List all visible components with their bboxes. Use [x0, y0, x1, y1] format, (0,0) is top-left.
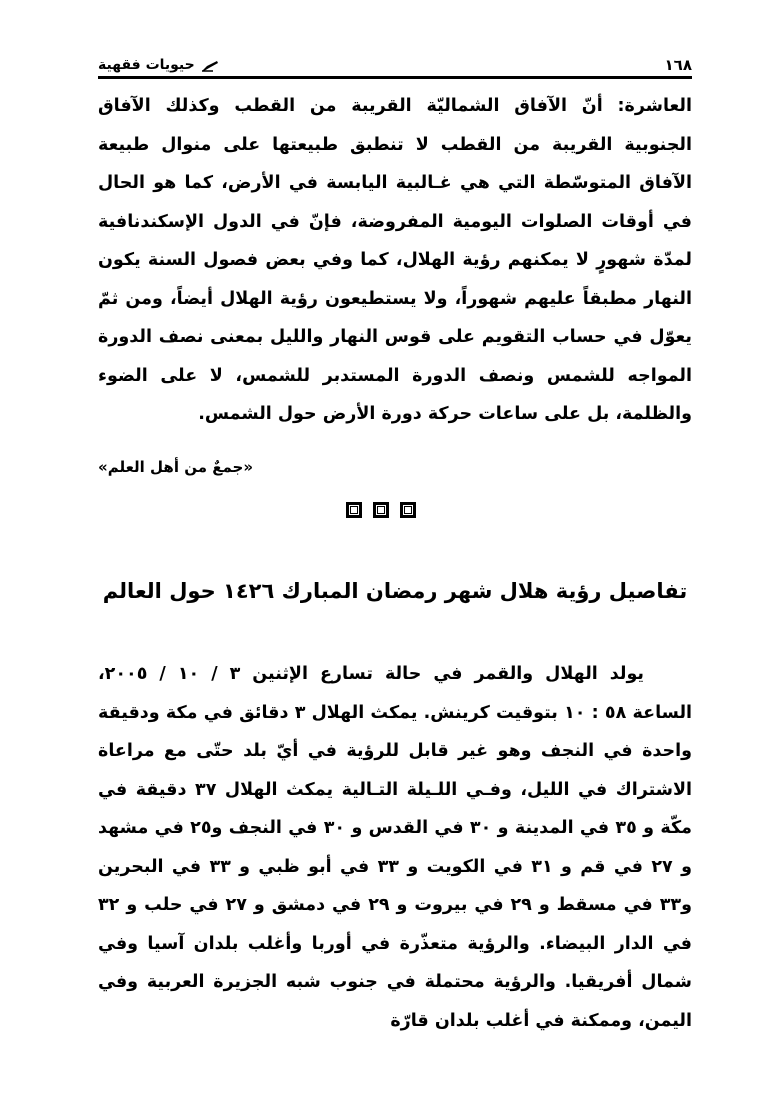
- book-page: ١٦٨ حيويات فقهية العاشرة: أنّ الآفاق الش…: [98, 0, 692, 1103]
- paragraph-crescent-details: يولد الهلال والقمر في حالة تسارع الإثنين…: [98, 655, 692, 1040]
- attribution: «جمعٌ من أهل العلم»: [98, 455, 692, 479]
- paragraph-tenth-point: العاشرة: أنّ الآفاق الشماليّة القريبة من…: [98, 87, 692, 434]
- header-rule: [98, 76, 692, 79]
- paragraph-lead: العاشرة:: [618, 96, 692, 116]
- book-title-group: حيويات فقهية: [98, 56, 219, 74]
- square-ornament-icon: [373, 502, 389, 518]
- page-number: ١٦٨: [665, 56, 692, 74]
- paragraph-body: أنّ الآفاق الشماليّة القريبة من القطب وك…: [98, 96, 692, 424]
- running-header: ١٦٨ حيويات فقهية: [98, 52, 692, 74]
- square-ornament-icon: [400, 502, 416, 518]
- square-ornament-icon: [346, 502, 362, 518]
- section-divider-ornament: [346, 502, 416, 518]
- book-title: حيويات فقهية: [98, 56, 195, 74]
- section-title: تفاصيل رؤية هلال شهر رمضان المبارك ١٤٢٦ …: [98, 573, 692, 609]
- pen-writing-icon: [201, 59, 219, 71]
